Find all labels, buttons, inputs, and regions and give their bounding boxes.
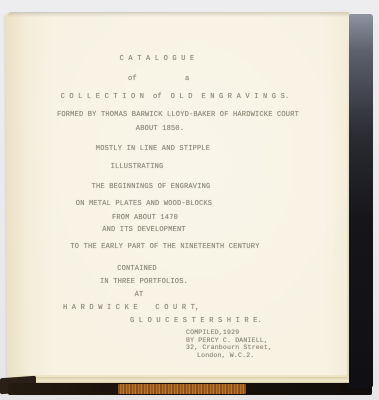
development-line: AND ITS DEVELOPMENT <box>102 227 186 234</box>
gloucestershire-line: G L O U C E S T E R S H I R E. <box>130 318 262 325</box>
about-1850-line: ABOUT 1850. <box>136 126 184 133</box>
compiled-line: COMPILED,1929 <box>186 330 239 337</box>
at-line: AT <box>135 292 144 299</box>
cover-right-edge <box>349 14 373 388</box>
collection-subtitle: C O L L E C T I O N of O L D E N G R A V… <box>61 94 290 101</box>
catalogue-title: C A T A L O G U E <box>120 56 195 63</box>
address-city-line: London, W.C.2. <box>197 353 254 360</box>
to-the-early-line: TO THE EARLY PART OF THE NINETEENTH CENT… <box>70 244 259 251</box>
from-about-line: FROM ABOUT 1470 <box>112 215 178 222</box>
word-of: of <box>128 76 137 83</box>
word-a: a <box>185 76 189 83</box>
book-page <box>5 11 353 387</box>
beginnings-line: THE BEGINNINGS OF ENGRAVING <box>92 184 211 191</box>
mostly-line: MOSTLY IN LINE AND STIPPLE <box>96 146 210 153</box>
formed-by-line: FORMED BY THOMAS BARWICK LLOYD-BAKER OF … <box>57 112 299 119</box>
portfolios-line: IN THREE PORTFOLIOS. <box>100 279 188 286</box>
fore-edge-pages <box>118 384 246 394</box>
address-street-line: 32, Cranbourn Street, <box>186 345 272 352</box>
page-top-shadow <box>8 12 350 17</box>
contained-line: CONTAINED <box>117 266 157 273</box>
hardwicke-court-line: H A R D W I C K E C O U R T, <box>63 305 199 312</box>
book-photo: C A T A L O G U E of a C O L L E C T I O… <box>0 0 379 400</box>
on-metal-line: ON METAL PLATES AND WOOD-BLOCKS <box>76 201 212 208</box>
illustrating-line: ILLUSTRATING <box>111 164 164 171</box>
